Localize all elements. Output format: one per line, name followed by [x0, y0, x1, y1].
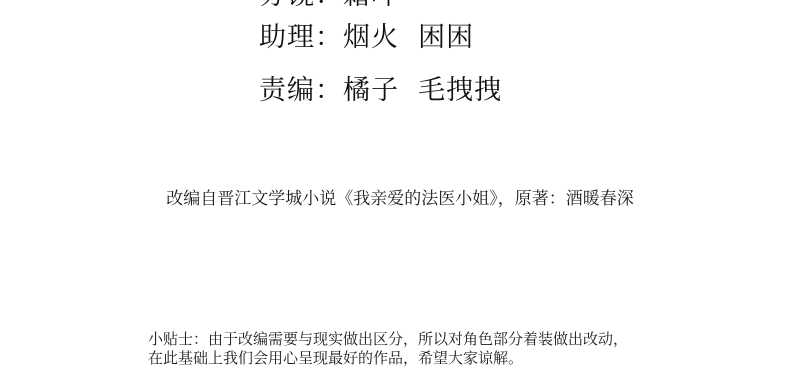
credit-partial-line: 分镜：霜叶: [259, 0, 399, 12]
adaptation-note: 改编自晋江文学城小说《我亲爱的法医小姐》，原著：酒暖春深: [0, 188, 800, 210]
credit-assistant: 助理：烟火 困困: [259, 22, 474, 54]
credit-editor: 责编：橘子 毛拽拽: [259, 75, 502, 107]
tip-line-2: 在此基础上我们会用心呈现最好的作品，希望大家谅解。: [148, 349, 628, 368]
tip-line-1: 小贴士：由于改编需要与现实做出区分，所以对角色部分着装做出改动，: [148, 330, 628, 349]
tip-block: 小贴士：由于改编需要与现实做出区分，所以对角色部分着装做出改动， 在此基础上我们…: [148, 330, 628, 368]
